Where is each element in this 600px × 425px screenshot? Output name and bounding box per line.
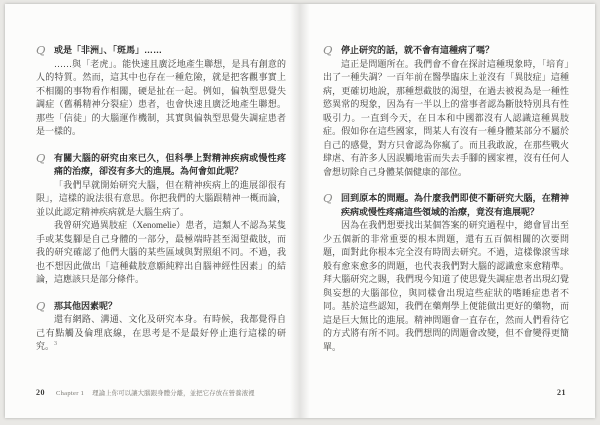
page-number: 21 <box>557 388 566 397</box>
question-heading: 那其他因素呢？ <box>54 300 117 314</box>
right-page-content: Q 停止研究的話，就不會有這種病了嗎？ 這正是問題所在。我們會不會在探討這種現象… <box>300 4 595 354</box>
question-row: Q 那其他因素呢？ <box>36 300 286 314</box>
answer-paragraph: 我曾研究過異肢症（Xenomelie）患者，這類人不認為某隻手或某隻腳是自己身體… <box>36 219 286 287</box>
page-number: 20 <box>36 388 45 397</box>
answer-paragraph: ……與「老虎」。能快速且廣泛地產生聯想，是具有創意的人的特質。然而，這其中也存在… <box>36 58 286 139</box>
question-heading: 回到原本的問題。為什麼我們即使不斷研究大腦，在精神疾病或慢性疼痛這些領域的治療，… <box>341 192 569 219</box>
qa-block: Q 那其他因素呢？ 還有網路、溝通、文化及研究本身。有時候，我都覺得自己有點觸及… <box>36 300 286 354</box>
q-icon: Q <box>36 300 48 314</box>
qa-block: Q 有關大腦的研究由來已久，但科學上對精神疾病或慢性疼痛的治療，卻沒有多大的進展… <box>36 152 286 287</box>
q-icon: Q <box>323 192 335 219</box>
chapter-title: 理論上你可以讓大腦跟身體分離，並把它存放在營養液裡 <box>92 388 255 397</box>
answer-paragraph: 「我們早就開始研究大腦，但在精神疾病上的進展卻很有限」，這樣的說法很有意思。你把… <box>36 179 286 220</box>
book-spread: Q 或是「非洲」、「斑馬」…… ……與「老虎」。能快速且廣泛地產生聯想，是具有創… <box>5 4 595 418</box>
question-row: Q 停止研究的話，就不會有這種病了嗎？ <box>323 44 569 58</box>
left-page-content: Q 或是「非洲」、「斑馬」…… ……與「老虎」。能快速且廣泛地產生聯想，是具有創… <box>5 4 300 354</box>
q-icon: Q <box>323 44 335 58</box>
question-heading: 停止研究的話，就不會有這種病了嗎？ <box>341 44 494 58</box>
qa-block: Q 回到原本的問題。為什麼我們即使不斷研究大腦，在精神疾病或慢性疼痛這些領域的治… <box>323 192 569 354</box>
qa-block: Q 或是「非洲」、「斑馬」…… ……與「老虎」。能快速且廣泛地產生聯想，是具有創… <box>36 44 286 139</box>
answer-paragraph: 這正是問題所在。我們會不會在探討這種現象時，「培育」出了一種失調？一百年前在醫學… <box>323 58 569 180</box>
left-page: Q 或是「非洲」、「斑馬」…… ……與「老虎」。能快速且廣泛地產生聯想，是具有創… <box>5 4 300 418</box>
answer-text: 還有網路、溝通、文化及研究本身。有時候，我都覺得自己有點觸及倫理底線，在思考是不… <box>36 314 286 351</box>
question-row: Q 回到原本的問題。為什麼我們即使不斷研究大腦，在精神疾病或慢性疼痛這些領域的治… <box>323 192 569 219</box>
question-heading: 或是「非洲」、「斑馬」…… <box>54 44 162 58</box>
q-icon: Q <box>36 44 48 58</box>
footnote-marker: 3 <box>54 341 57 347</box>
q-icon: Q <box>36 152 48 179</box>
answer-paragraph: 因為在我們想要找出某個答案的研究過程中，總會冒出至少五個新的非常重要的根本問題，… <box>323 219 569 354</box>
qa-block: Q 停止研究的話，就不會有這種病了嗎？ 這正是問題所在。我們會不會在探討這種現象… <box>323 44 569 179</box>
left-page-footer: 20 Chapter 1 理論上你可以讓大腦跟身體分離，並把它存放在營養液裡 <box>36 388 255 397</box>
question-row: Q 或是「非洲」、「斑馬」…… <box>36 44 286 58</box>
right-page-footer: 21 <box>557 388 566 397</box>
answer-paragraph: 還有網路、溝通、文化及研究本身。有時候，我都覺得自己有點觸及倫理底線，在思考是不… <box>36 313 286 354</box>
question-row: Q 有關大腦的研究由來已久，但科學上對精神疾病或慢性疼痛的治療，卻沒有多大的進展… <box>36 152 286 179</box>
question-heading: 有關大腦的研究由來已久，但科學上對精神疾病或慢性疼痛的治療，卻沒有多大的進展。為… <box>54 152 286 179</box>
chapter-label: Chapter 1 <box>56 390 84 397</box>
right-page: Q 停止研究的話，就不會有這種病了嗎？ 這正是問題所在。我們會不會在探討這種現象… <box>300 4 595 418</box>
